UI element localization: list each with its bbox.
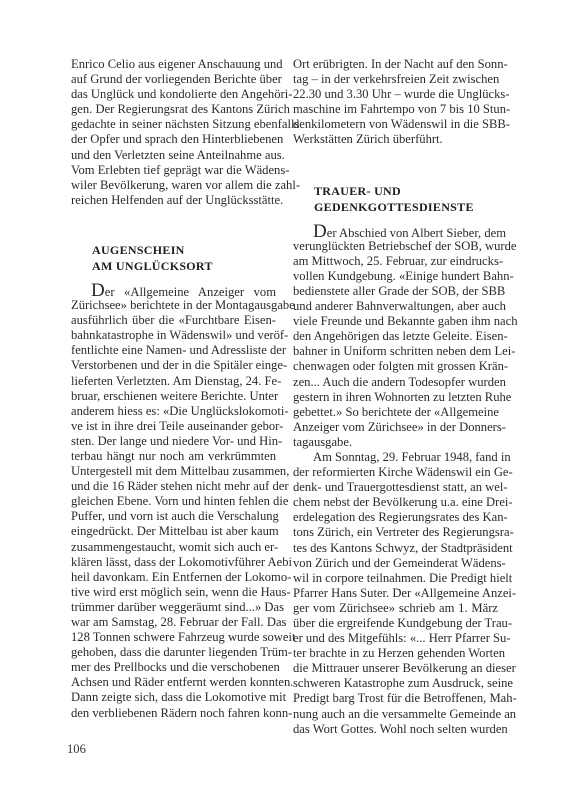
text-line: Werkstätten Zürich überführt.	[293, 132, 498, 147]
text-line: Pfarrer Hans Suter. Der «Allgemeine Anze…	[293, 586, 498, 601]
text-line: gehoben, dass die darunter liegenden Trü…	[71, 645, 276, 660]
text-line: 22.30 und 3.30 Uhr – wurde die Unglücks-	[293, 87, 498, 102]
text-line: er und des Mitgefühls: «... Herr Pfarrer…	[293, 631, 498, 646]
text-line: tive wird erst möglich sein, wenn die Ha…	[71, 585, 276, 600]
text-line: fentlichte eine Namen- und Adressliste d…	[71, 343, 276, 358]
text-line: Enrico Celio aus eigener Anschauung und	[71, 57, 276, 72]
text-line: viele Freunde und Bekannte gaben ihm nac…	[293, 314, 498, 329]
text-line: ger vom Zürichsee» schrieb am 1. März	[293, 601, 498, 616]
text-line: die Mittrauer unserer Bevölkerung an die…	[293, 661, 498, 676]
text-line: ve ist in ihre drei Teile auseinander ge…	[71, 419, 276, 434]
text-line: Predigt barg Trost für die Betroffenen, …	[293, 691, 498, 706]
paragraph-gottesdienst: Am Sonntag, 29. Februar 1948, fand in de…	[293, 450, 498, 737]
text-line: den Angehörigen das letzte Geleite. Eise…	[293, 329, 498, 344]
text-line: schweren Katastrophe zum Ausdruck, seine	[293, 676, 498, 691]
text-line: bruar, erschienen weitere Berichte. Unte…	[71, 389, 276, 404]
text-line: denk- und Trauergottesdienst statt, an w…	[293, 480, 498, 495]
book-page: Enrico Celio aus eigener Anschauung und …	[0, 0, 588, 800]
text-line: chem nebst der Bevölkerung u.a. eine Dre…	[293, 495, 498, 510]
text-line: trümmer darüber weggeräumt sind...» Das	[71, 600, 276, 615]
spacer	[71, 208, 276, 242]
text-line-first: Der Abschied von Albert Sieber, dem	[293, 224, 498, 239]
text-line: denkilometern von Wädenswil in die SBB-	[293, 117, 498, 132]
text-line: reichen Helfenden auf der Unglücksstätte…	[71, 193, 276, 208]
text-line: am Mittwoch, 25. Februar, zur eindrucks-	[293, 254, 498, 269]
text-line: zusammengestaucht, womit sich auch er-	[71, 540, 276, 555]
text-line: ter brachte in zu Herzen gehenden Worten	[293, 646, 498, 661]
text-line: der Opfer und sprach den Hinterbliebenen	[71, 132, 276, 147]
text-line: gen. Der Regierungsrat des Kantons Züric…	[71, 102, 276, 117]
text-line-rest: er «Allgemeine Anzeiger vom	[105, 285, 276, 299]
text-line-first: Der «Allgemeine Anzeiger vom	[71, 283, 276, 298]
text-line: von Zürich und der Gemeinderat Wädens-	[293, 556, 498, 571]
text-line: und anderer Bahnverwaltungen, aber auch	[293, 299, 498, 314]
paragraph-augenschein: Der «Allgemeine Anzeiger vom Zürichsee» …	[71, 283, 276, 721]
text-line: bahner in Uniform schritten neben dem Le…	[293, 344, 498, 359]
text-line: chenwagen oder folgten mit grossen Krän-	[293, 359, 498, 374]
paragraph-transfer: Ort erübrigten. In der Nacht auf den Son…	[293, 57, 498, 148]
heading-line: AUGENSCHEIN	[71, 242, 276, 258]
text-line: Vom Erlebten tief geprägt war die Wädens…	[71, 163, 276, 178]
text-line: erdelegation des Regierungsrates des Kan…	[293, 510, 498, 525]
text-line-first: Am Sonntag, 29. Februar 1948, fand in	[293, 450, 498, 465]
text-line: zen... Auch die andern Todesopfer wurden	[293, 375, 498, 390]
heading-line: AM UNGLÜCKSORT	[71, 258, 276, 274]
text-line: tes des Kantons Schwyz, der Stadtpräside…	[293, 541, 498, 556]
left-column: Enrico Celio aus eigener Anschauung und …	[71, 57, 276, 721]
text-line: Dann zeigte sich, dass die Lokomotive mi…	[71, 690, 276, 705]
text-line: 128 Tonnen schwere Fahrzeug wurde soweit	[71, 630, 276, 645]
section-heading-trauer: TRAUER- UND GEDENKGOTTESDIENSTE	[293, 183, 498, 215]
text-line: über die ergreifende Kundgebung der Trau…	[293, 616, 498, 631]
text-line: wiler Bevölkerung, waren vor allem die z…	[71, 178, 276, 193]
text-line: tons Zürich, ein Vertreter des Regierung…	[293, 525, 498, 540]
heading-line: GEDENKGOTTESDIENSTE	[293, 199, 498, 215]
paragraph-celio: Enrico Celio aus eigener Anschauung und …	[71, 57, 276, 208]
text-line: verunglückten Betriebschef der SOB, wurd…	[293, 239, 498, 254]
text-line: lieferten Verletzten. Am Dienstag, 24. F…	[71, 374, 276, 389]
text-line: tag – in der verkehrsfreien Zeit zwische…	[293, 72, 498, 87]
page-number: 106	[67, 742, 86, 757]
text-line: mer des Prellbocks und die verschobenen	[71, 660, 276, 675]
text-line: auf Grund der vorliegenden Berichte über	[71, 72, 276, 87]
text-line: den verbliebenen Rädern noch fahren konn…	[71, 706, 276, 721]
text-line: maschine im Fahrtempo von 7 bis 10 Stun-	[293, 102, 498, 117]
text-line: gestern in ihren Wohnorten zu letzten Ru…	[293, 390, 498, 405]
text-line: ausführlich über die «Furchtbare Eisen-	[71, 313, 276, 328]
text-line: war am Samstag, 28. Februar der Fall. Da…	[71, 615, 276, 630]
text-line: bedienstete aller Grade der SOB, der SBB	[293, 284, 498, 299]
paragraph-abschied: Der Abschied von Albert Sieber, dem veru…	[293, 224, 498, 450]
text-line: sten. Der lange und niedere Vor- und Hin…	[71, 434, 276, 449]
text-line: Ort erübrigten. In der Nacht auf den Son…	[293, 57, 498, 72]
text-line: anderem hiess es: «Die Unglückslokomoti-	[71, 404, 276, 419]
heading-line: TRAUER- UND	[293, 183, 498, 199]
text-line: gedachte in seiner nächsten Sitzung eben…	[71, 117, 276, 132]
text-line: heil davonkam. Ein Entfernen der Lokomo-	[71, 570, 276, 585]
text-line: wil in corpore teilnahmen. Die Predigt h…	[293, 571, 498, 586]
text-line: und die 16 Räder stehen nicht mehr auf d…	[71, 479, 276, 494]
section-heading-augenschein: AUGENSCHEIN AM UNGLÜCKSORT	[71, 242, 276, 274]
right-column: Ort erübrigten. In der Nacht auf den Son…	[293, 57, 498, 737]
text-line: gebettet.» So berichtete der «Allgemeine	[293, 405, 498, 420]
text-line: Achsen und Räder entfernt werden konnten…	[71, 675, 276, 690]
text-line: Zürichsee» berichtete in der Montagausga…	[71, 298, 276, 313]
text-line: Anzeiger vom Zürichsee» in der Donners-	[293, 420, 498, 435]
text-line: eingedrückt. Der Mittelbau ist aber kaum	[71, 524, 276, 539]
spacer	[293, 148, 498, 183]
text-line: und den Verletzten seine Anteilnahme aus…	[71, 148, 276, 163]
text-line: klären lässt, dass der Lokomotivführer A…	[71, 555, 276, 570]
text-line: nung auch an die versammelte Gemeinde an	[293, 707, 498, 722]
text-line: der reformierten Kirche Wädenswil ein Ge…	[293, 465, 498, 480]
text-line: das Unglück und kondolierte den Angehöri…	[71, 87, 276, 102]
text-line: Verstorbenen und der in die Spitäler ein…	[71, 358, 276, 373]
text-line: Untergestell mit dem Mittelbau zusammen,	[71, 464, 276, 479]
text-line: Puffer, und vorn ist auch die Verschalun…	[71, 509, 276, 524]
text-line: terbau hängt nur noch am verkrümmten	[71, 449, 276, 464]
text-line: gleichen Ebene. Vorn und hinten fehlen d…	[71, 494, 276, 509]
text-line: das Wort Gottes. Wohl noch selten wurden	[293, 722, 498, 737]
text-line-rest: er Abschied von Albert Sieber, dem	[327, 226, 506, 240]
text-line: bahnkatastrophe in Wädenswil» und veröf-	[71, 328, 276, 343]
text-line: tagausgabe.	[293, 435, 498, 450]
text-line: vollen Kundgebung. «Einige hundert Bahn-	[293, 269, 498, 284]
